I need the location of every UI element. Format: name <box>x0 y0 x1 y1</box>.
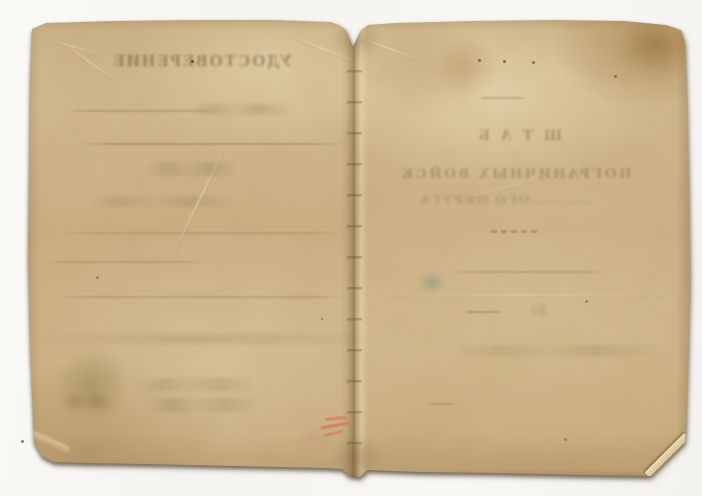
bleedthrough-title-mirrored: УДОСТОВЕРЕНИЕ <box>118 51 292 71</box>
stain-left-page-shadow-band <box>32 334 362 344</box>
ruled-line <box>60 232 345 234</box>
scan-background: УДОСТОВЕРЕНИЕ ШТАБ ПОГРАНИЧНЫХ ВОЙСК ………… <box>0 0 702 496</box>
ruled-line <box>77 143 345 145</box>
stain-bottom-left <box>54 346 128 426</box>
foxing-speck <box>96 276 99 279</box>
text-smudge <box>90 196 235 207</box>
crease-line <box>384 294 664 296</box>
text-smudge <box>193 104 289 115</box>
text-smudge <box>458 345 656 357</box>
dog-ear-fold <box>645 433 690 482</box>
green-ink-smudge <box>418 272 446 294</box>
ruled-line <box>464 311 502 313</box>
document: УДОСТОВЕРЕНИЕ ШТАБ ПОГРАНИЧНЫХ ВОЙСК ………… <box>24 18 690 482</box>
text-smudge <box>147 162 237 176</box>
dash-row <box>491 230 539 233</box>
text-smudge <box>530 304 547 316</box>
bleedthrough-troops-mirrored: ПОГРАНИЧНЫХ ВОЙСК <box>390 166 640 183</box>
document-paper: УДОСТОВЕРЕНИЕ ШТАБ ПОГРАНИЧНЫХ ВОЙСК ………… <box>24 18 690 482</box>
ruled-line <box>428 403 455 405</box>
text-smudge <box>150 398 256 412</box>
foxing-speck <box>532 61 535 64</box>
foxing-speck <box>564 438 567 441</box>
ruled-line <box>47 261 202 263</box>
ruled-line <box>451 271 606 273</box>
paper-grain-texture <box>24 18 690 482</box>
text-smudge <box>63 395 111 408</box>
red-pencil-stroke <box>323 430 343 437</box>
red-pencil-stroke <box>320 422 349 429</box>
text-smudge <box>140 378 252 391</box>
red-pencil-marks <box>319 416 355 442</box>
foxing-speck <box>503 60 506 63</box>
paper-edge-shading <box>24 18 690 482</box>
bleedthrough-shtab-mirrored: ШТАБ <box>459 127 571 145</box>
bleedthrough-district-mirrored: …………ОГО ОКРУГА <box>393 193 619 209</box>
corner-crease-bottom-left <box>28 430 70 456</box>
foxing-speck <box>478 59 481 62</box>
fold-bottom-shading <box>332 436 380 476</box>
foxing-speck <box>614 75 617 78</box>
foxing-speck <box>585 300 588 303</box>
foxing-speck <box>321 318 323 320</box>
fold-stitches <box>347 46 362 462</box>
stain-bottom-band <box>24 436 690 482</box>
ruled-line <box>57 296 347 298</box>
crease-line <box>292 36 354 63</box>
ruled-line <box>478 97 526 99</box>
stain-near-shtab <box>436 40 494 96</box>
stain-top-of-right-page <box>360 26 500 116</box>
stain-top-right-corner <box>620 18 690 78</box>
foxing-speck <box>191 60 194 63</box>
crease-line <box>360 37 421 61</box>
red-pencil-stroke <box>325 416 347 421</box>
fold-crease <box>340 18 368 482</box>
